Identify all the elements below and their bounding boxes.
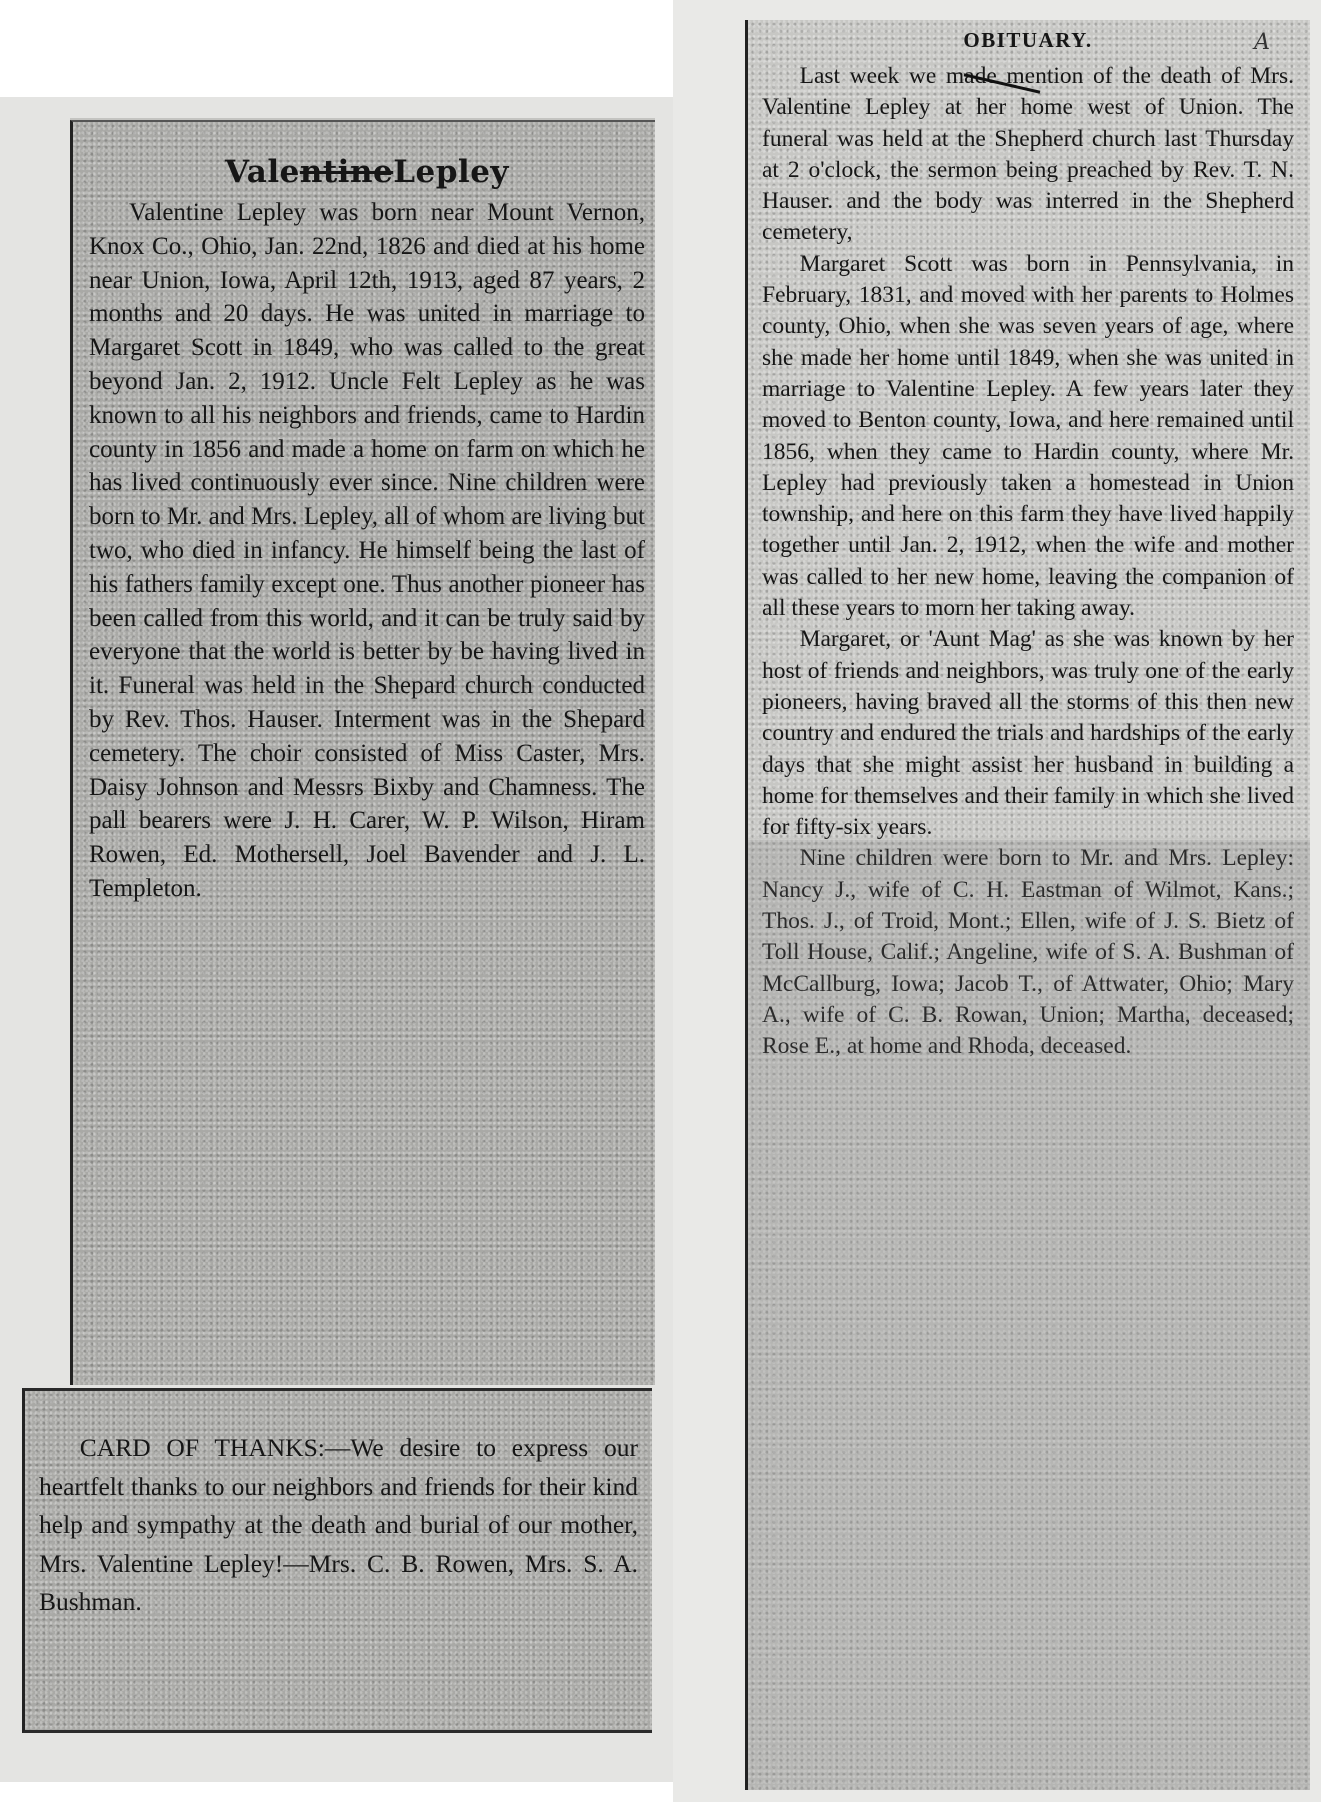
margaret-obituary-clipping: A OBITUARY. Last week we made mention of… [745,20,1310,1790]
handwritten-corner-mark: A [1254,30,1270,55]
obituary-title: OBITUARY. [762,28,1294,53]
obituary-paragraph: Valentine Lepley was born near Mount Ver… [89,196,645,906]
card-of-thanks-paragraph: CARD OF THANKS:—We desire to express our… [39,1429,638,1622]
obituary-headline: ValentineLepley [89,154,645,190]
headline-part: Lepley [393,154,509,190]
obituary-paragraph: Nine children were born to Mr. and Mrs. … [762,843,1294,1062]
headline-part: Vale [225,154,300,190]
obituary-paragraph: Margaret Scott was born in Pennsylvania,… [762,249,1294,625]
obituary-paragraph: Margaret, or 'Aunt Mag' as she was known… [762,624,1294,843]
headline-struck-part: ntine [300,154,393,190]
card-of-thanks-clipping: CARD OF THANKS:—We desire to express our… [22,1388,652,1733]
valentine-obituary-clipping: ValentineLepley Valentine Lepley was bor… [70,120,655,1385]
